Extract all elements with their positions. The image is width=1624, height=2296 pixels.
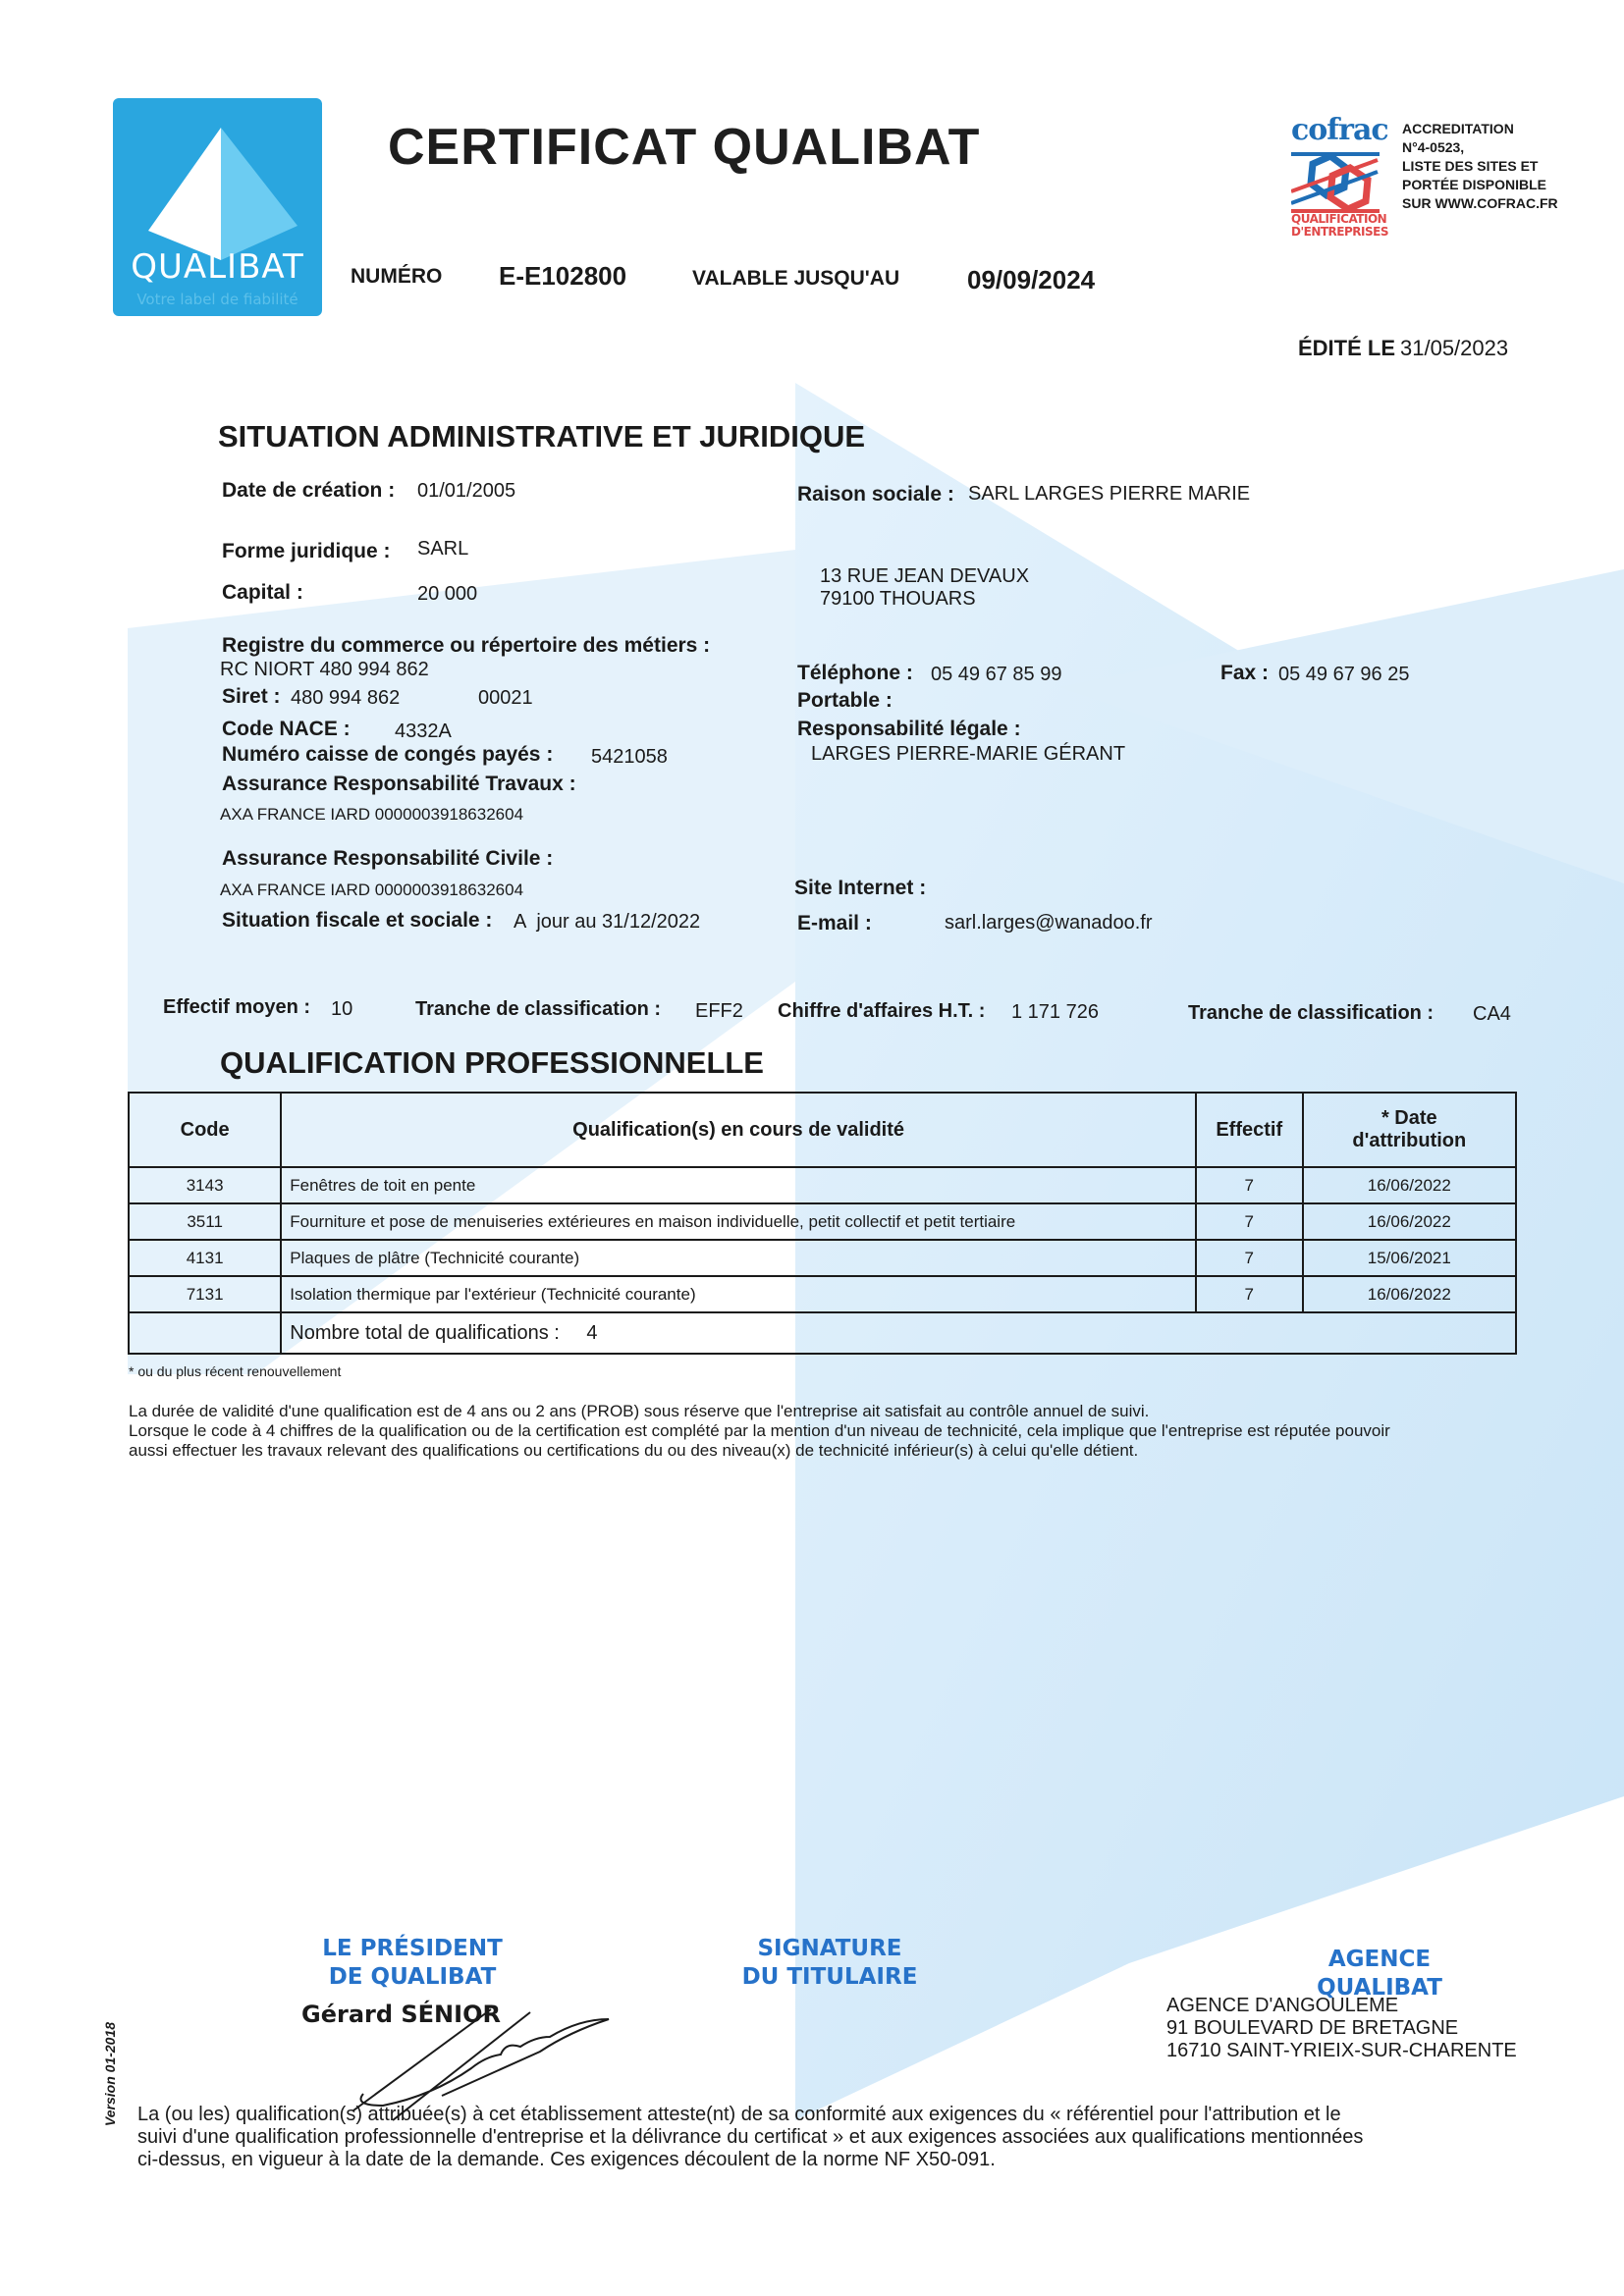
- numero-label: NUMÉRO: [351, 265, 442, 289]
- responsabilite-legale-label: Responsabilité légale :: [797, 718, 1021, 741]
- forme-juridique-label: Forme juridique :: [222, 540, 391, 563]
- conges-value: 5421058: [591, 746, 668, 769]
- footer-attestation: La (ou les) qualification(s) attribuée(s…: [137, 2104, 1492, 2171]
- col-effectif: Effectif: [1196, 1093, 1303, 1167]
- telephone-label: Téléphone :: [797, 662, 913, 685]
- capital-value: 20 000: [417, 583, 477, 606]
- agence-address: AGENCE D'ANGOULEME 91 BOULEVARD DE BRETA…: [1166, 1995, 1517, 2062]
- col-code: Code: [129, 1093, 281, 1167]
- effectif-moyen-label: Effectif moyen :: [163, 996, 310, 1019]
- email-value: sarl.larges@wanadoo.fr: [945, 912, 1153, 934]
- row-code: 3511: [129, 1203, 281, 1240]
- qualification-table: Code Qualification(s) en cours de validi…: [128, 1092, 1517, 1355]
- logo-tagline: Votre label de fiabilité: [113, 291, 322, 308]
- table-row: 7131 Isolation thermique par l'extérieur…: [129, 1276, 1516, 1312]
- edite-value: 31/05/2023: [1400, 336, 1508, 361]
- date-creation-label: Date de création :: [222, 479, 395, 503]
- row-label: Plaques de plâtre (Technicité courante): [281, 1240, 1196, 1276]
- version-label: Version 01-2018: [102, 2015, 118, 2133]
- validity-paragraph: La durée de validité d'une qualification…: [129, 1402, 1533, 1461]
- responsabilite-legale-value: LARGES PIERRE-MARIE GÉRANT: [811, 743, 1125, 766]
- valable-label: VALABLE JUSQU'AU: [692, 267, 899, 291]
- address-line1: 13 RUE JEAN DEVAUX: [820, 565, 1029, 588]
- raison-sociale-label: Raison sociale :: [797, 483, 954, 507]
- code-nace-label: Code NACE :: [222, 718, 351, 741]
- table-header-row: Code Qualification(s) en cours de validi…: [129, 1093, 1516, 1167]
- cofrac-logo: cofrac QUALIFICATION D'ENTREPRISES: [1291, 113, 1380, 255]
- row-code: 7131: [129, 1276, 281, 1312]
- numero-value: E-E102800: [499, 261, 626, 292]
- col-date-attribution: * Date d'attribution: [1303, 1093, 1516, 1167]
- table-total-row: Nombre total de qualifications : 4: [129, 1312, 1516, 1354]
- table-row: 3143 Fenêtres de toit en pente 7 16/06/2…: [129, 1167, 1516, 1203]
- total-label: Nombre total de qualifications :: [290, 1322, 560, 1344]
- tranche-ca-value: CA4: [1473, 1003, 1511, 1026]
- capital-label: Capital :: [222, 581, 303, 605]
- president-title: LE PRÉSIDENT DE QUALIBAT: [295, 1935, 530, 1992]
- qualibat-logo: QUALIBAT Votre label de fiabilité: [113, 98, 322, 316]
- siret-label: Siret :: [222, 685, 281, 709]
- row-label: Isolation thermique par l'extérieur (Tec…: [281, 1276, 1196, 1312]
- valable-value: 09/09/2024: [967, 265, 1095, 295]
- logo-wordmark: QUALIBAT: [113, 247, 322, 287]
- situation-fiscale-value: A jour au 31/12/2022: [514, 911, 700, 934]
- siret-value: 480 994 862: [291, 687, 400, 710]
- cofrac-subtitle: QUALIFICATION D'ENTREPRISES: [1291, 213, 1388, 239]
- row-effectif: 7: [1196, 1203, 1303, 1240]
- qualification-section-title: QUALIFICATION PROFESSIONNELLE: [220, 1045, 764, 1081]
- row-effectif: 7: [1196, 1240, 1303, 1276]
- assurance-travaux-label: Assurance Responsabilité Travaux :: [222, 773, 576, 796]
- registre-label: Registre du commerce ou répertoire des m…: [222, 634, 710, 658]
- tranche-effectif-value: EFF2: [695, 1000, 743, 1023]
- registre-value: RC NIORT 480 994 862: [220, 659, 429, 681]
- table-row: 4131 Plaques de plâtre (Technicité coura…: [129, 1240, 1516, 1276]
- row-label: Fourniture et pose de menuiseries extéri…: [281, 1203, 1196, 1240]
- certificate-title: CERTIFICAT QUALIBAT: [388, 118, 980, 177]
- row-label: Fenêtres de toit en pente: [281, 1167, 1196, 1203]
- forme-juridique-value: SARL: [417, 538, 468, 561]
- total-value: 4: [586, 1322, 597, 1344]
- accreditation-text: ACCREDITATION N°4-0523, LISTE DES SITES …: [1402, 120, 1558, 213]
- siret-suffix: 00021: [478, 687, 533, 710]
- row-effectif: 7: [1196, 1276, 1303, 1312]
- code-nace-value: 4332A: [395, 721, 452, 743]
- row-code: 4131: [129, 1240, 281, 1276]
- fax-label: Fax :: [1220, 662, 1269, 685]
- email-label: E-mail :: [797, 912, 872, 935]
- assurance-travaux-value: AXA FRANCE IARD 0000003918632604: [220, 805, 523, 825]
- row-date: 16/06/2022: [1303, 1167, 1516, 1203]
- date-creation-value: 01/01/2005: [417, 480, 515, 503]
- telephone-value: 05 49 67 85 99: [931, 664, 1061, 686]
- cofrac-wordmark: cofrac: [1291, 113, 1388, 147]
- row-code: 3143: [129, 1167, 281, 1203]
- admin-section-title: SITUATION ADMINISTRATIVE ET JURIDIQUE: [218, 419, 865, 454]
- assurance-civile-label: Assurance Responsabilité Civile :: [222, 847, 553, 871]
- row-date: 15/06/2021: [1303, 1240, 1516, 1276]
- assurance-civile-value: AXA FRANCE IARD 0000003918632604: [220, 881, 523, 900]
- site-internet-label: Site Internet :: [794, 877, 926, 900]
- chiffre-affaires-value: 1 171 726: [1011, 1001, 1099, 1024]
- raison-sociale-value: SARL LARGES PIERRE MARIE: [968, 483, 1250, 506]
- tranche-ca-label: Tranche de classification :: [1188, 1002, 1434, 1025]
- row-effectif: 7: [1196, 1167, 1303, 1203]
- tranche-effectif-label: Tranche de classification :: [415, 998, 661, 1021]
- situation-fiscale-label: Situation fiscale et sociale :: [222, 909, 492, 933]
- conges-label: Numéro caisse de congés payés :: [222, 743, 553, 767]
- portable-label: Portable :: [797, 689, 893, 713]
- row-date: 16/06/2022: [1303, 1203, 1516, 1240]
- effectif-moyen-value: 10: [331, 998, 352, 1021]
- titulaire-signature-title: SIGNATURE DU TITULAIRE: [712, 1935, 947, 1992]
- total-qualifications: Nombre total de qualifications : 4: [281, 1312, 1516, 1354]
- fax-value: 05 49 67 96 25: [1278, 664, 1409, 686]
- chiffre-affaires-label: Chiffre d'affaires H.T. :: [778, 1000, 985, 1023]
- table-footnote: * ou du plus récent renouvellement: [129, 1363, 341, 1379]
- edite-label: ÉDITÉ LE: [1298, 336, 1395, 361]
- table-row: 3511 Fourniture et pose de menuiseries e…: [129, 1203, 1516, 1240]
- row-date: 16/06/2022: [1303, 1276, 1516, 1312]
- col-qualification: Qualification(s) en cours de validité: [281, 1093, 1196, 1167]
- address-line2: 79100 THOUARS: [820, 588, 976, 611]
